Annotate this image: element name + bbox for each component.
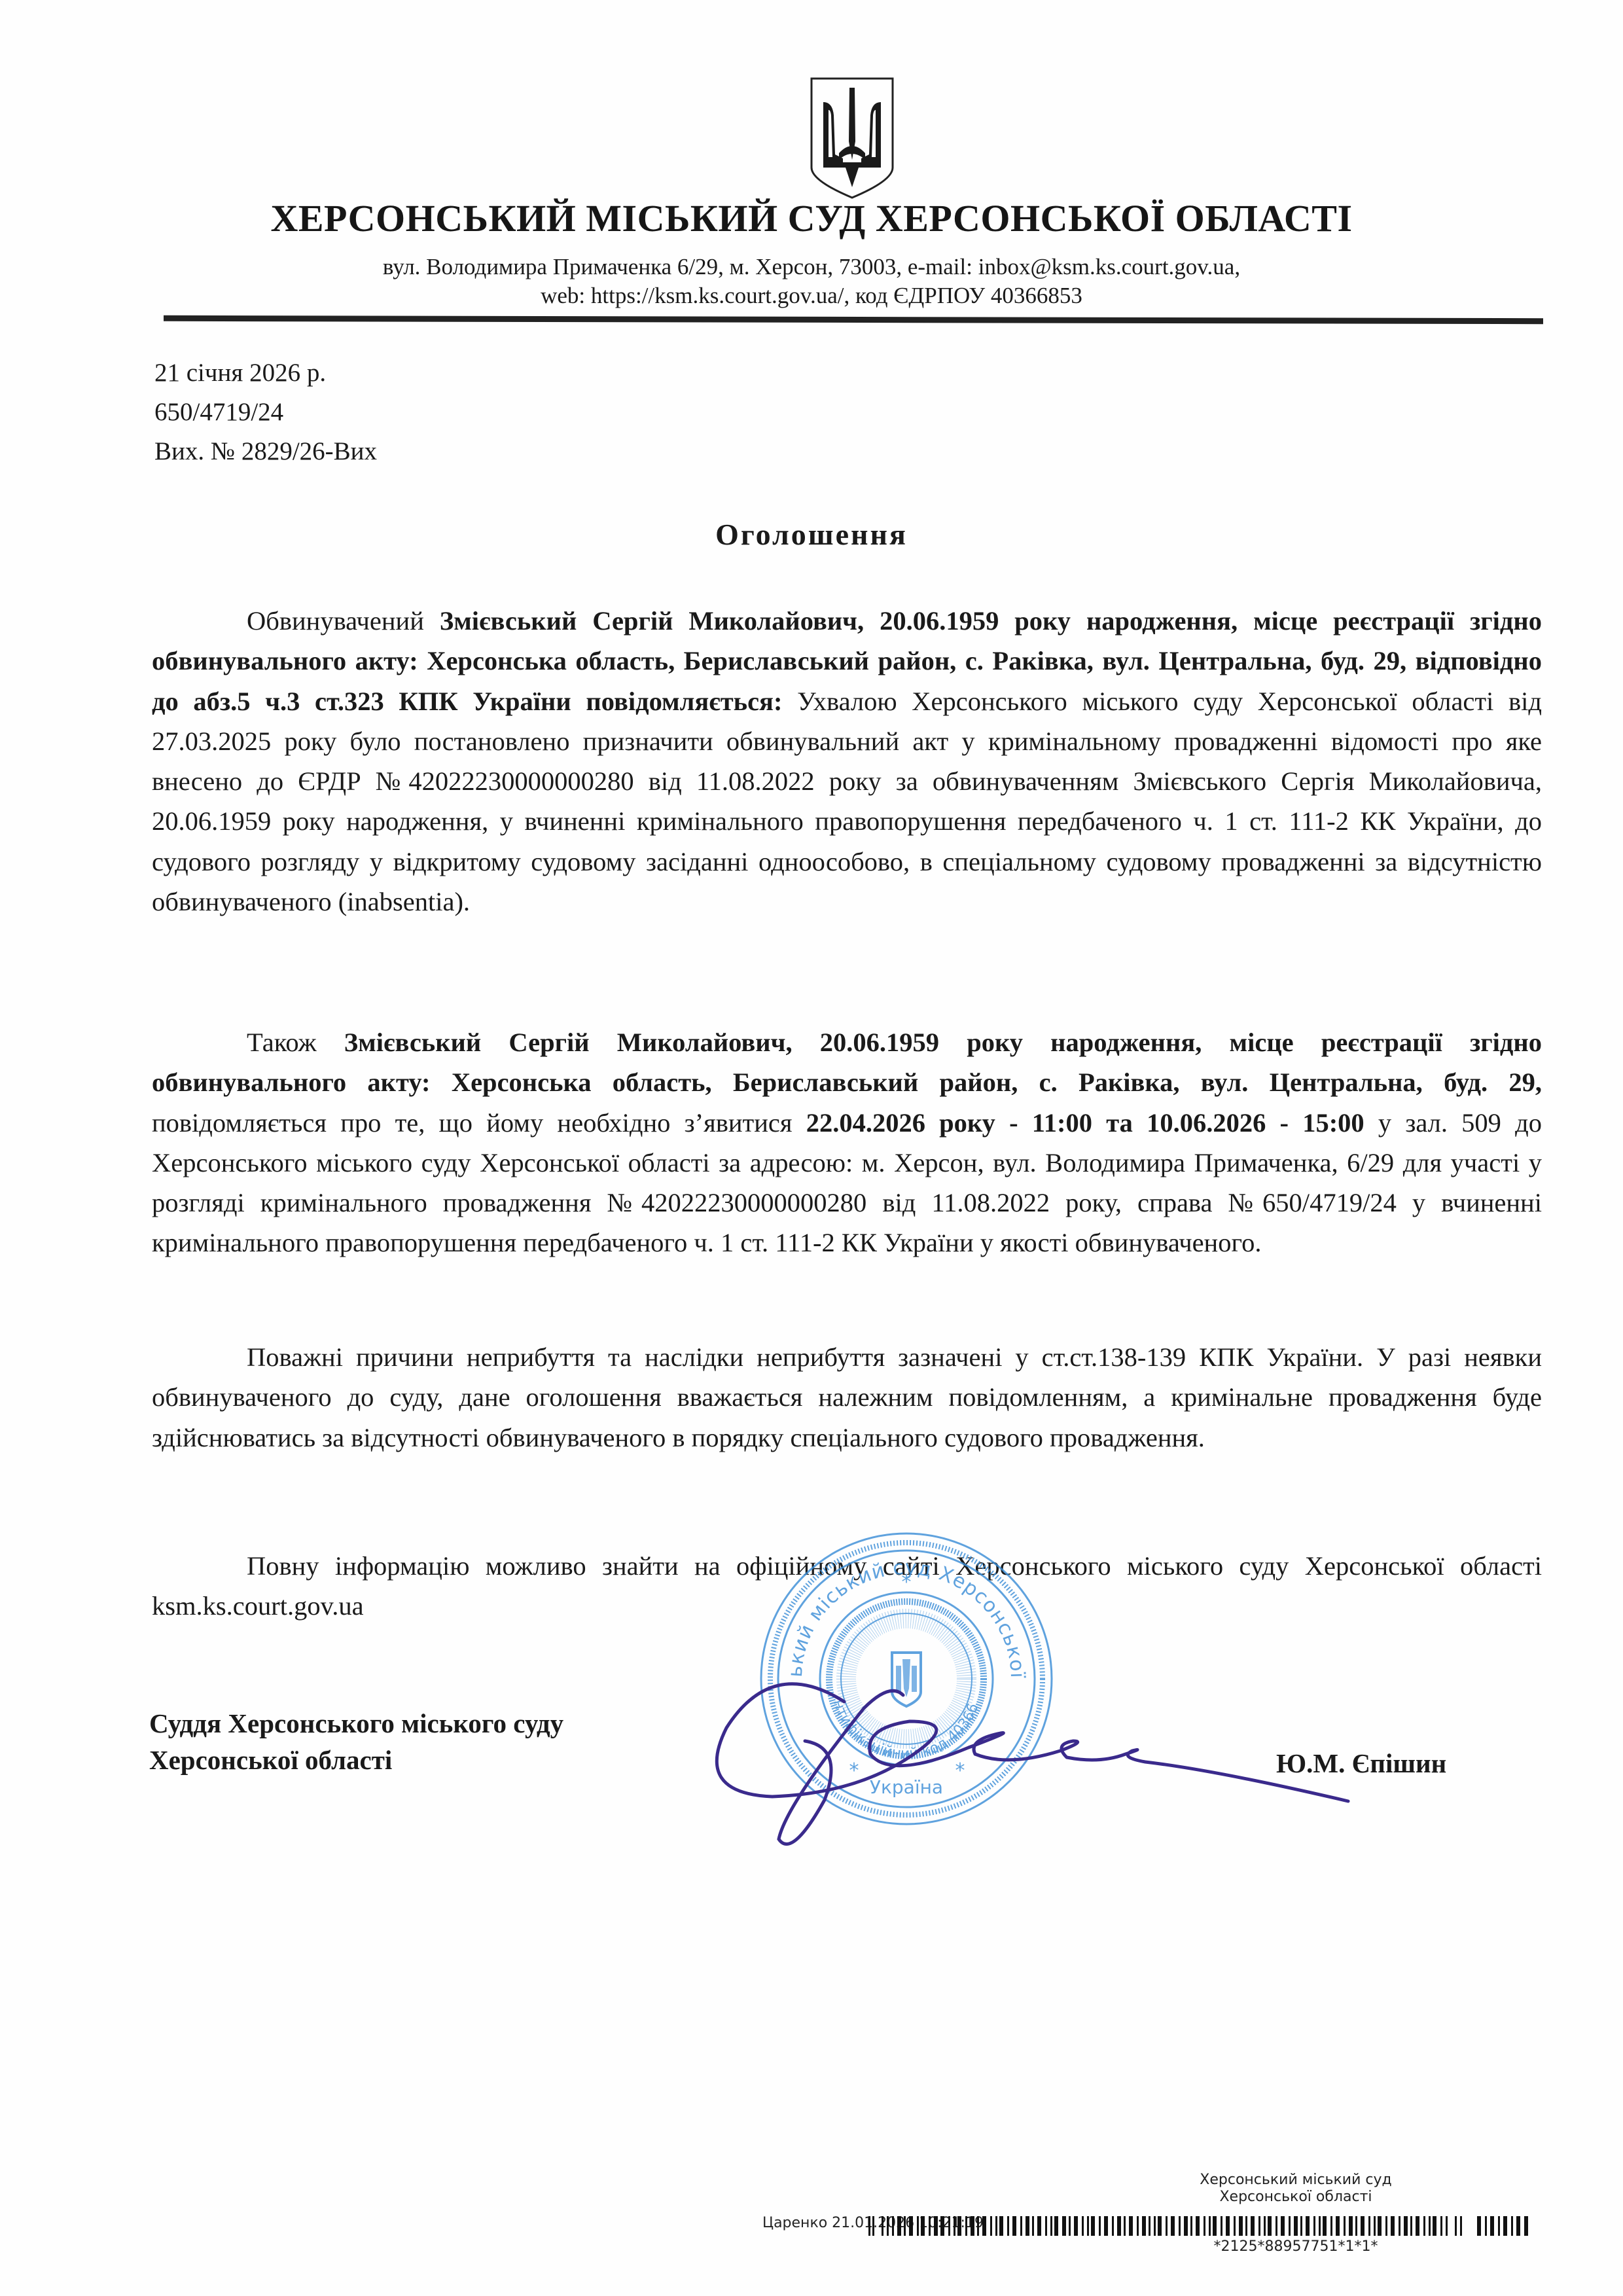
handwritten-signature-icon [694,1617,1361,1865]
barcode-icon [868,2216,1529,2236]
text-run: Поважні причини неприбуття та наслідки н… [152,1337,1542,1458]
footer-court-line: Херсонської області [1139,2189,1453,2206]
text-run: Обвинувачений [247,606,440,636]
court-contact-block: вул. Володимира Примаченка 6/29, м. Херс… [0,253,1623,310]
court-name-heading: ХЕРСОНСЬКИЙ МІСЬКИЙ СУД ХЕРСОНСЬКОЇ ОБЛА… [0,196,1623,240]
judge-position: Суддя Херсонського міського суду Херсонс… [149,1705,563,1778]
document-meta: 21 січня 2026 р. 650/4719/24 Вих. № 2829… [154,353,377,471]
footer-court-name: Херсонський міський суд Херсонської обла… [1139,2172,1453,2206]
text-run: повідомляється про те, що йому необхідно… [152,1108,806,1138]
header-divider [164,315,1543,324]
paragraph-absence-consequences: Поважні причини неприбуття та наслідки н… [152,1337,1542,1458]
document-title: Оголошення [0,517,1623,552]
paragraph-summons-notice: Обвинувачений Змієвський Сергій Миколайо… [152,601,1542,922]
accused-details-bold: Змієвський Сергій Миколайович, 20.06.195… [152,1028,1542,1097]
court-web-line: web: https://ksm.ks.court.gov.ua/, код Є… [0,281,1623,310]
case-number: 650/4719/24 [154,393,377,432]
judge-position-line: Суддя Херсонського міського суду [149,1705,563,1742]
court-address-line: вул. Володимира Примаченка 6/29, м. Херс… [0,253,1623,281]
trident-emblem-icon [809,76,895,200]
text-run: Також [247,1028,344,1057]
text-run: Ухвалою Херсонського міського суду Херсо… [152,687,1542,916]
document-date: 21 січня 2026 р. [154,353,377,393]
barcode-number: *2125*88957751*1*1* [1113,2238,1479,2255]
svg-text:*: * [902,1571,912,1594]
footer-court-line: Херсонський міський суд [1139,2172,1453,2189]
hearing-dates-bold: 22.04.2026 року - 11:00 та 10.06.2026 - … [806,1108,1364,1138]
judge-position-line: Херсонської області [149,1742,563,1778]
paragraph-hearing-dates: Також Змієвський Сергій Миколайович, 20.… [152,1022,1542,1263]
outgoing-number: Вих. № 2829/26-Вих [154,432,377,471]
judge-name: Ю.М. Єпішин [1276,1748,1446,1779]
